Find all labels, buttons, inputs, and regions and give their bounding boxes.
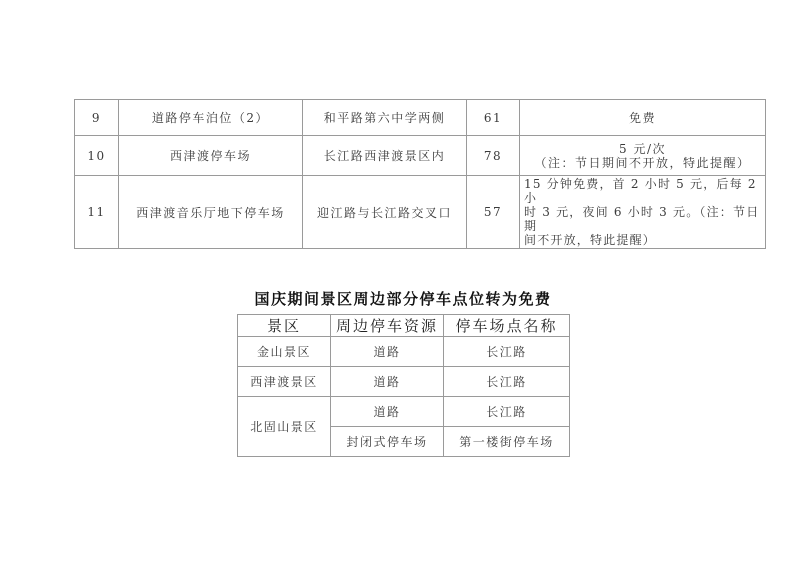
lot-name: 西津渡音乐厅地下停车场 [119, 176, 303, 249]
scenic-area: 金山景区 [238, 337, 331, 367]
fee-line: 5 元/次 [520, 142, 765, 156]
lot-location: 迎江路与长江路交叉口 [303, 176, 467, 249]
fee-line: 时 3 元，夜间 6 小时 3 元。（注：节日期 [524, 205, 761, 233]
parking-lot-name: 第一楼街停车场 [444, 427, 570, 457]
parking-resource: 道路 [331, 337, 444, 367]
parking-lot-name: 长江路 [444, 367, 570, 397]
column-header-lot-name: 停车场点名称 [444, 315, 570, 337]
free-parking-table: 景区 周边停车资源 停车场点名称 金山景区 道路 长江路 西津渡景区 道路 长江… [237, 314, 570, 457]
table-row: 9 道路停车泊位（2） 和平路第六中学两侧 61 免费 [75, 100, 766, 136]
parking-resource: 道路 [331, 397, 444, 427]
header-row: 景区 周边停车资源 停车场点名称 [238, 315, 570, 337]
fee-line: 免费 [520, 111, 765, 125]
lot-name: 道路停车泊位（2） [119, 100, 303, 136]
table-row: 10 西津渡停车场 长江路西津渡景区内 78 5 元/次 （注：节日期间不开放，… [75, 136, 766, 176]
space-count: 78 [467, 136, 520, 176]
column-header-resource: 周边停车资源 [331, 315, 444, 337]
row-number: 11 [75, 176, 119, 249]
fee-info: 15 分钟免费，首 2 小时 5 元，后每 2 小 时 3 元，夜间 6 小时 … [520, 176, 766, 249]
table-row: 11 西津渡音乐厅地下停车场 迎江路与长江路交叉口 57 15 分钟免费，首 2… [75, 176, 766, 249]
parking-lots-table: 9 道路停车泊位（2） 和平路第六中学两侧 61 免费 10 西津渡停车场 长江… [74, 99, 766, 249]
fee-line: 间不开放，特此提醒） [524, 233, 761, 247]
row-number: 9 [75, 100, 119, 136]
scenic-area: 北固山景区 [238, 397, 331, 457]
free-parking-title: 国庆期间景区周边部分停车点位转为免费 [237, 288, 569, 309]
parking-lot-name: 长江路 [444, 397, 570, 427]
parking-resource: 道路 [331, 367, 444, 397]
lot-name: 西津渡停车场 [119, 136, 303, 176]
parking-resource: 封闭式停车场 [331, 427, 444, 457]
row-number: 10 [75, 136, 119, 176]
fee-line: 15 分钟免费，首 2 小时 5 元，后每 2 小 [524, 177, 761, 205]
fee-note: （注：节日期间不开放，特此提醒） [520, 156, 765, 170]
fee-info: 5 元/次 （注：节日期间不开放，特此提醒） [520, 136, 766, 176]
table-row: 西津渡景区 道路 长江路 [238, 367, 570, 397]
lot-location: 长江路西津渡景区内 [303, 136, 467, 176]
lot-location: 和平路第六中学两侧 [303, 100, 467, 136]
table-row: 北固山景区 道路 长江路 [238, 397, 570, 427]
table-row: 金山景区 道路 长江路 [238, 337, 570, 367]
column-header-area: 景区 [238, 315, 331, 337]
space-count: 57 [467, 176, 520, 249]
space-count: 61 [467, 100, 520, 136]
fee-info: 免费 [520, 100, 766, 136]
scenic-area: 西津渡景区 [238, 367, 331, 397]
parking-lot-name: 长江路 [444, 337, 570, 367]
